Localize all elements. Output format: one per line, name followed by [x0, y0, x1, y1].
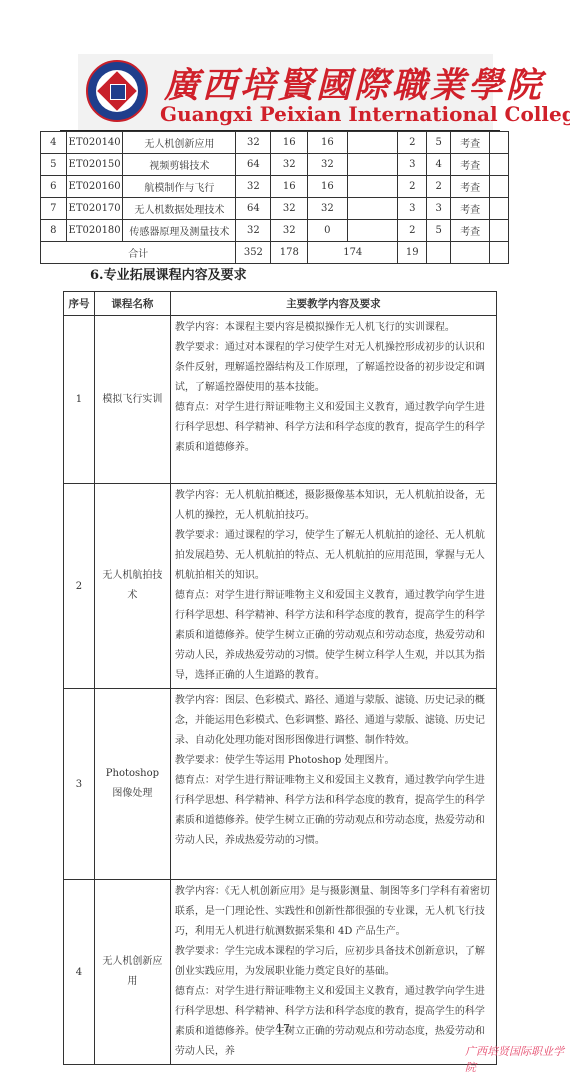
cell-course-name: 无人机航拍技术 [94, 484, 170, 689]
cell-practice: 16 [308, 176, 347, 198]
table-row: 5ET020150视频剪辑技术64323234考查 [41, 154, 509, 176]
cell-code: ET020160 [66, 176, 123, 198]
college-emblem-icon [86, 60, 148, 122]
content-paragraph: 教学要求：学生完成本课程的学习后，应初步具备技术创新意识，了解创业实践应用，为发… [175, 942, 492, 982]
expansion-course-table: 序号 课程名称 主要教学内容及要求 1模拟飞行实训教学内容：本课程主要内容是模拟… [63, 291, 497, 1065]
course-table: 4ET020140无人机创新应用32161625考查5ET020150视频剪辑技… [40, 131, 509, 264]
content-paragraph: 德育点：对学生进行辩证唯物主义和爱国主义教育，通过教学向学生进行科学思想、科学精… [175, 982, 492, 1062]
cell-note [490, 154, 509, 176]
cell-total: 32 [236, 132, 271, 154]
content-paragraph: 教学要求：通过对本课程的学习使学生对无人机操控形成初步的认识和条件反射，理解遥控… [175, 338, 492, 398]
college-name-en: Guangxi Peixian International College [160, 102, 570, 126]
total-label: 合计 [41, 242, 236, 264]
cell-no: 4 [41, 132, 67, 154]
cell-note [490, 220, 509, 242]
cell-note [490, 176, 509, 198]
cell-code: ET020180 [66, 220, 123, 242]
college-banner: 廣西培賢國際職業學院 Guangxi Peixian International… [78, 54, 493, 130]
cell-total: 64 [236, 198, 271, 220]
page-number: 17 [276, 1022, 290, 1035]
cell-practice: 16 [308, 132, 347, 154]
cell-no: 2 [64, 484, 95, 689]
cell-extra [347, 132, 398, 154]
cell-extra [347, 198, 398, 220]
header-course-name: 课程名称 [94, 292, 170, 316]
cell-content: 教学内容：本课程主要内容是模拟操作无人机飞行的实训课程。教学要求：通过对本课程的… [170, 316, 496, 484]
content-paragraph: 教学内容：图层、色彩模式、路径、通道与蒙版、滤镜、历史记录的概念，并能运用色彩模… [175, 691, 492, 751]
cell-content: 教学内容：《无人机创新应用》是与摄影测量、制图等多门学科有着密切联系，是一门理论… [170, 880, 496, 1065]
empty-cell [490, 242, 509, 264]
cell-no: 6 [41, 176, 67, 198]
total-credit: 19 [398, 242, 427, 264]
cell-code: ET020150 [66, 154, 123, 176]
cell-theory: 32 [271, 198, 308, 220]
cell-course-name: 无人机创新应用 [94, 880, 170, 1065]
cell-theory: 32 [271, 220, 308, 242]
table-row: 2无人机航拍技术教学内容：无人机航拍概述，摄影摄像基本知识，无人机航拍设备，无人… [64, 484, 497, 689]
cell-code: ET020170 [66, 198, 123, 220]
cell-theory: 32 [271, 154, 308, 176]
total-row: 合计35217817419 [41, 242, 509, 264]
table-row: 4ET020140无人机创新应用32161625考查 [41, 132, 509, 154]
content-paragraph: 德育点：对学生进行辩证唯物主义和爱国主义教育，通过教学向学生进行科学思想、科学精… [175, 586, 492, 686]
table-row: 3Photoshop 图像处理教学内容：图层、色彩模式、路径、通道与蒙版、滤镜、… [64, 689, 497, 880]
cell-semester: 2 [427, 176, 451, 198]
cell-total: 32 [236, 220, 271, 242]
cell-no: 8 [41, 220, 67, 242]
cell-assessment: 考查 [451, 198, 490, 220]
cell-assessment: 考查 [451, 220, 490, 242]
cell-practice: 32 [308, 154, 347, 176]
cell-credit: 3 [398, 198, 427, 220]
cell-extra [347, 176, 398, 198]
cell-course-name: Photoshop 图像处理 [94, 689, 170, 880]
cell-semester: 5 [427, 220, 451, 242]
content-paragraph: 德育点：对学生进行辩证唯物主义和爱国主义教育，通过教学向学生进行科学思想、科学精… [175, 771, 492, 851]
cell-credit: 2 [398, 176, 427, 198]
cell-credit: 2 [398, 132, 427, 154]
cell-no: 7 [41, 198, 67, 220]
watermark: 广西培贤国际职业学院 [465, 1043, 570, 1075]
header-no: 序号 [64, 292, 95, 316]
cell-semester: 3 [427, 198, 451, 220]
content-paragraph: 德育点：对学生进行辩证唯物主义和爱国主义教育，通过教学向学生进行科学思想、科学精… [175, 398, 492, 458]
content-paragraph: 教学内容：《无人机创新应用》是与摄影测量、制图等多门学科有着密切联系，是一门理论… [175, 882, 492, 942]
cell-credit: 3 [398, 154, 427, 176]
cell-assessment: 考查 [451, 132, 490, 154]
cell-assessment: 考查 [451, 154, 490, 176]
cell-name: 传感器原理及测量技术 [123, 220, 236, 242]
header-content: 主要教学内容及要求 [170, 292, 496, 316]
cell-name: 无人机创新应用 [123, 132, 236, 154]
table-row: 7ET020170无人机数据处理技术64323233考查 [41, 198, 509, 220]
cell-note [490, 132, 509, 154]
table-row: 4无人机创新应用教学内容：《无人机创新应用》是与摄影测量、制图等多门学科有着密切… [64, 880, 497, 1065]
section-title: 6.专业拓展课程内容及要求 [90, 264, 247, 283]
content-paragraph: 教学内容：本课程主要内容是模拟操作无人机飞行的实训课程。 [175, 318, 492, 338]
total-theory: 178 [271, 242, 308, 264]
content-paragraph: 教学内容：无人机航拍概述，摄影摄像基本知识，无人机航拍设备，无人机的操控，无人机… [175, 486, 492, 526]
cell-no: 3 [64, 689, 95, 880]
cell-content: 教学内容：无人机航拍概述，摄影摄像基本知识，无人机航拍设备，无人机的操控，无人机… [170, 484, 496, 689]
table-row: 8ET020180传感器原理及测量技术3232025考查 [41, 220, 509, 242]
cell-no: 5 [41, 154, 67, 176]
cell-note [490, 198, 509, 220]
table-row: 6ET020160航模制作与飞行32161622考查 [41, 176, 509, 198]
table-row: 1模拟飞行实训教学内容：本课程主要内容是模拟操作无人机飞行的实训课程。教学要求：… [64, 316, 497, 484]
table-header-row: 序号 课程名称 主要教学内容及要求 [64, 292, 497, 316]
total-total: 352 [236, 242, 271, 264]
cell-assessment: 考查 [451, 176, 490, 198]
cell-code: ET020140 [66, 132, 123, 154]
content-paragraph: 教学要求：通过课程的学习，使学生了解无人机航拍的途径、无人机航拍发展趋势、无人机… [175, 526, 492, 586]
cell-total: 32 [236, 176, 271, 198]
cell-total: 64 [236, 154, 271, 176]
empty-cell [427, 242, 451, 264]
college-name-cn: 廣西培賢國際職業學院 [164, 58, 544, 108]
cell-extra [347, 154, 398, 176]
content-paragraph: 教学要求：使学生等运用 Photoshop 处理图片。 [175, 751, 492, 771]
cell-semester: 5 [427, 132, 451, 154]
cell-extra [347, 220, 398, 242]
cell-course-name: 模拟飞行实训 [94, 316, 170, 484]
cell-name: 视频剪辑技术 [123, 154, 236, 176]
cell-theory: 16 [271, 132, 308, 154]
total-practice: 174 [308, 242, 398, 264]
cell-credit: 2 [398, 220, 427, 242]
empty-cell [451, 242, 490, 264]
cell-semester: 4 [427, 154, 451, 176]
cell-no: 4 [64, 880, 95, 1065]
cell-no: 1 [64, 316, 95, 484]
cell-practice: 32 [308, 198, 347, 220]
cell-name: 航模制作与飞行 [123, 176, 236, 198]
cell-theory: 16 [271, 176, 308, 198]
cell-name: 无人机数据处理技术 [123, 198, 236, 220]
cell-practice: 0 [308, 220, 347, 242]
cell-content: 教学内容：图层、色彩模式、路径、通道与蒙版、滤镜、历史记录的概念，并能运用色彩模… [170, 689, 496, 880]
